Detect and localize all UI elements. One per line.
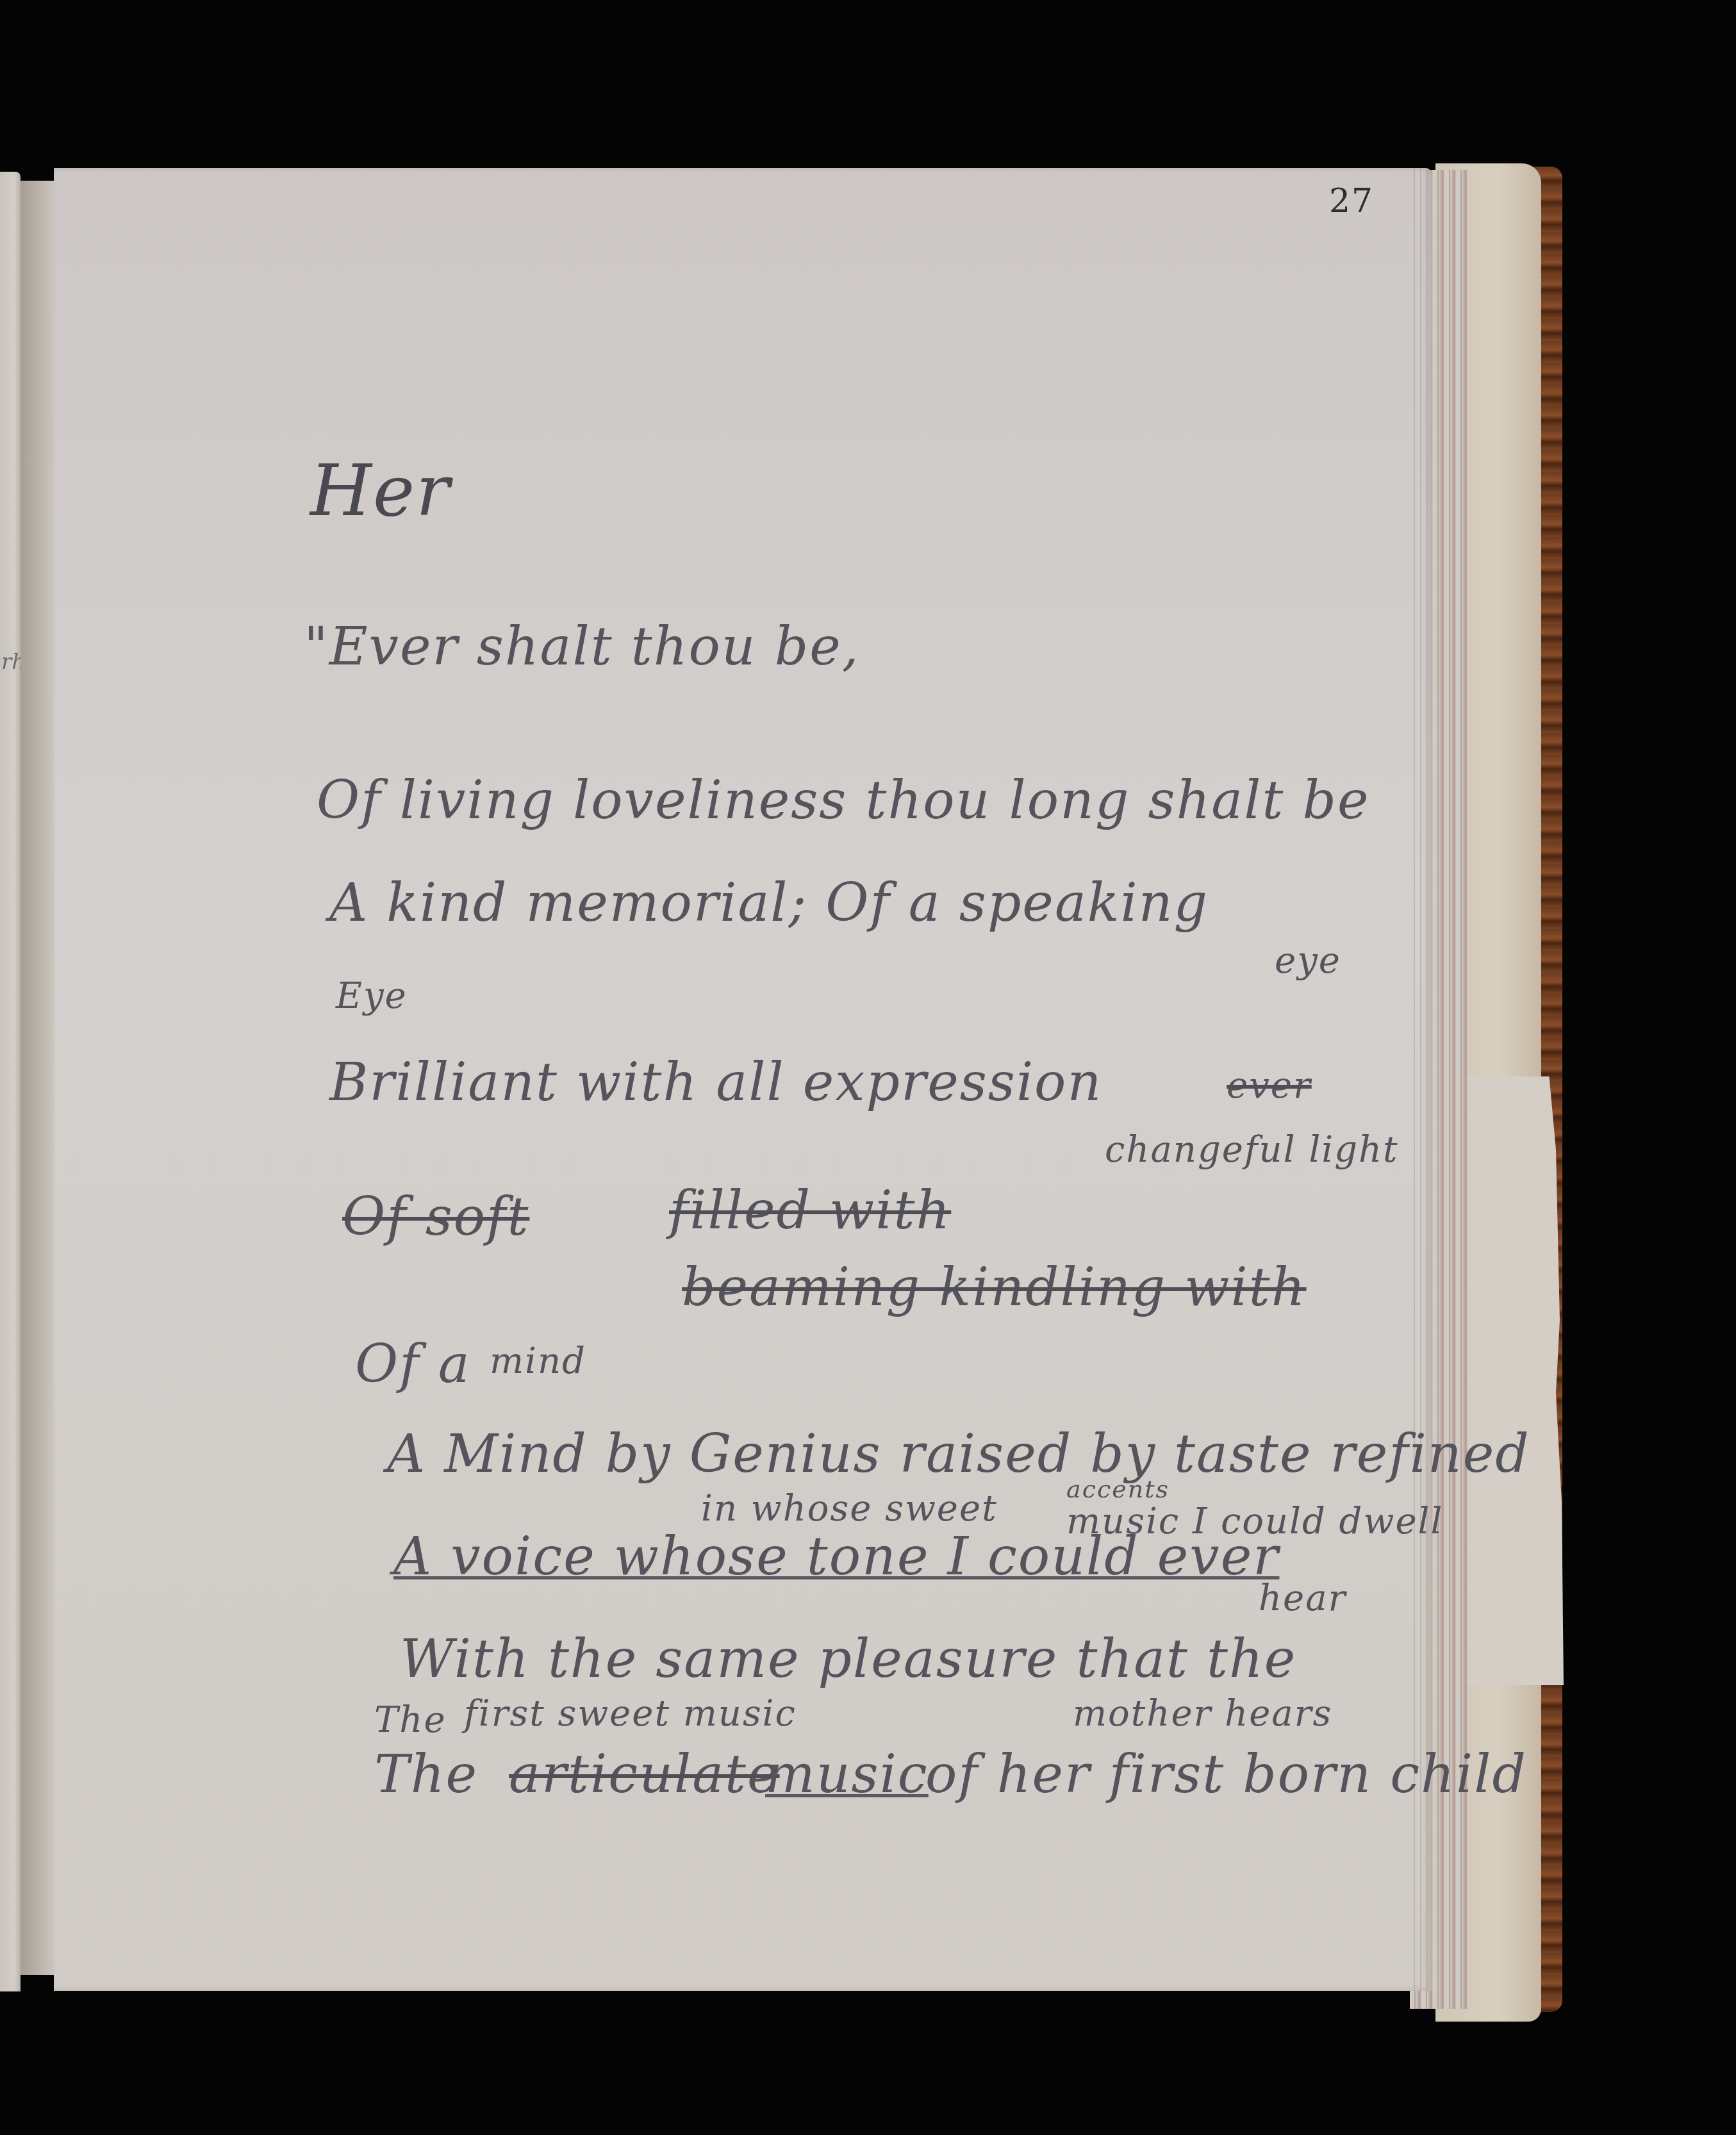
struck-word: Of soft (342, 1187, 529, 1248)
margin-mark: Eye (336, 975, 408, 1017)
manuscript-line: With the same pleasure that the (400, 1629, 1296, 1690)
manuscript-insertion: eye (1275, 940, 1341, 982)
manuscript-insertion: first sweet music (464, 1693, 797, 1735)
manuscript-page: 27 Her "Ever shalt thou be, Of living lo… (54, 168, 1432, 1991)
manuscript-line: Brilliant with all expression (329, 1052, 1102, 1113)
manuscript-word: The (374, 1744, 478, 1805)
manuscript-line: A voice whose tone I could ever (393, 1526, 1279, 1587)
manuscript-insertion: hear (1259, 1578, 1346, 1619)
manuscript-insertion: in whose sweet (701, 1488, 998, 1529)
margin-mark: Of a (355, 1334, 471, 1395)
page-number: 27 (1329, 182, 1374, 220)
manuscript-word: mind (490, 1340, 586, 1382)
struck-word: beaming kindling with (682, 1257, 1306, 1318)
manuscript-line: A Mind by Genius raised by taste refined (387, 1424, 1530, 1485)
torn-page-flap (1467, 1076, 1564, 1685)
struck-word: ever (1227, 1065, 1312, 1107)
struck-word: filled with (669, 1180, 951, 1241)
manuscript-line: "Ever shalt thou be, (304, 616, 860, 677)
manuscript-line: Of living loveliness thou long shalt be (317, 770, 1370, 831)
struck-word: articulate (509, 1744, 780, 1805)
page-edge-lines (1409, 168, 1432, 1991)
margin-mark: The (374, 1699, 447, 1741)
manuscript-heading: Her (310, 450, 451, 532)
manuscript-insertion: accents (1066, 1475, 1170, 1503)
book-gutter (21, 181, 54, 1975)
facing-page: rh (0, 172, 21, 1991)
manuscript-line: A kind memorial; Of a speaking (329, 873, 1209, 934)
manuscript-line: of her first born child (925, 1744, 1527, 1805)
manuscript-insertion: mother hears (1073, 1693, 1332, 1735)
manuscript-insertion: changeful light (1105, 1129, 1399, 1171)
manuscript-word: music (765, 1744, 929, 1805)
